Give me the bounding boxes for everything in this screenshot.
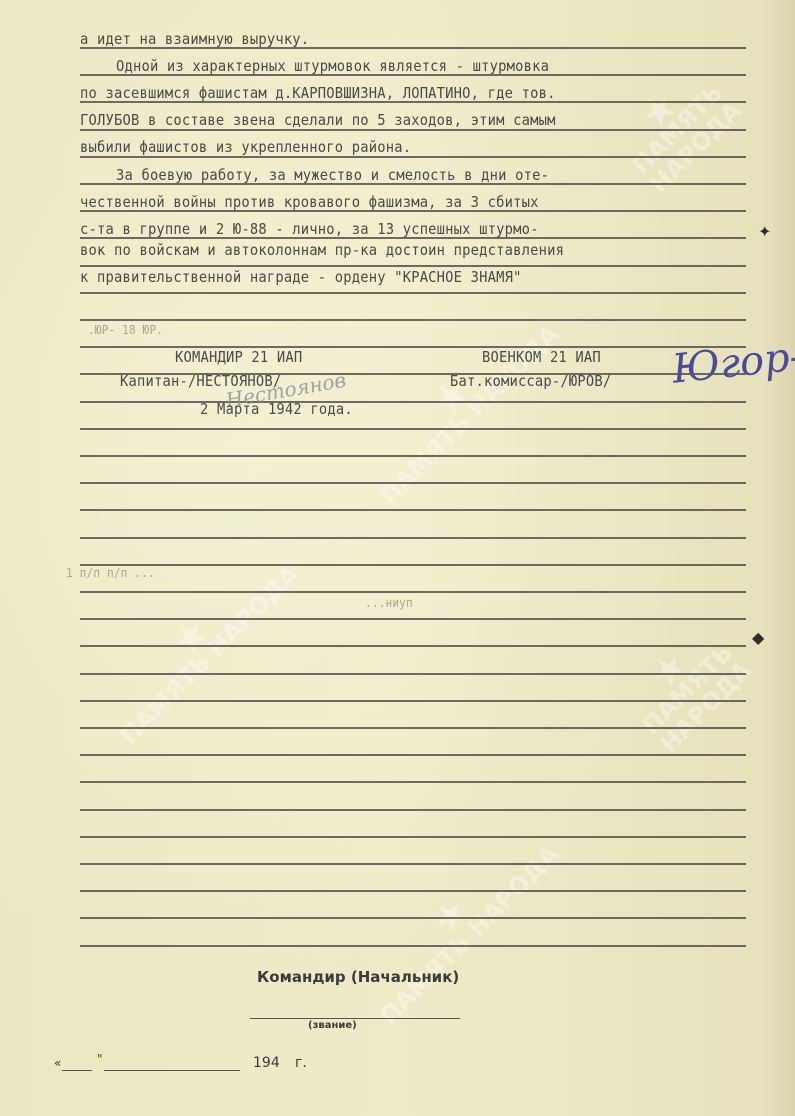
faded-mark: .ЮР- 18 ЮР. — [88, 323, 163, 337]
typed-line: а идет на взаимную выручку. — [80, 30, 309, 48]
ruled-line — [80, 727, 746, 729]
form-footer-title: Командир (Начальник) — [257, 968, 459, 986]
month-line — [104, 1070, 240, 1071]
ruled-line — [80, 645, 746, 647]
commissar-title: ВОЕНКОМ 21 ИАП — [482, 348, 601, 366]
star-icon: ★ — [357, 303, 546, 492]
date-close-quote: " — [97, 1052, 103, 1066]
ruled-line — [80, 401, 746, 403]
year-prefix: 194 — [253, 1055, 280, 1071]
rank-caption: (звание) — [308, 1020, 357, 1031]
ruled-line — [80, 945, 746, 947]
commissar-rank-name: Бат.комиссар-/ЮРОВ/ — [450, 372, 611, 390]
commander-title: КОМАНДИР 21 ИАП — [175, 348, 302, 366]
ruled-line — [80, 781, 746, 783]
ruled-line — [80, 700, 746, 702]
ruled-line — [80, 890, 746, 892]
document-page: ★ПАМЯТЬ НАРОДА ★ПАМЯТЬ НАРОДА ★ПАМЯТЬ НА… — [0, 0, 795, 1116]
signature-date: 2 Марта 1942 года. — [200, 400, 353, 418]
ruled-line — [80, 319, 746, 321]
ruled-line — [80, 455, 746, 457]
margin-mark: ◆ — [752, 628, 764, 647]
rank-line — [250, 1018, 460, 1019]
faded-mark: ...ниуп — [365, 596, 413, 610]
date-open-quote: « — [54, 1056, 61, 1070]
day-line — [62, 1070, 92, 1071]
typed-line: вок по войскам и автоколоннам пр-ка дост… — [80, 241, 564, 259]
ruled-line — [80, 292, 746, 294]
ruled-line — [80, 836, 746, 838]
watermark: ★ПАМЯТЬ НАРОДА — [584, 585, 791, 792]
watermark: ★ПАМЯТЬ НАРОДА — [357, 303, 564, 510]
typed-line: выбили фашистов из укрепленного района. — [80, 138, 411, 156]
typed-line: с-та в группе и 2 Ю-88 - лично, за 13 ус… — [80, 220, 539, 238]
ruled-line — [80, 917, 746, 919]
ruled-line — [80, 863, 746, 865]
ruled-line — [80, 591, 746, 593]
ruled-line — [80, 809, 746, 811]
typed-line: ГОЛУБОВ в составе звена сделали по 5 зах… — [80, 111, 556, 129]
year-suffix: г. — [295, 1055, 307, 1071]
ruled-line — [80, 428, 746, 430]
ruled-line — [80, 537, 746, 539]
ruled-line — [80, 564, 746, 566]
typed-line: к правительственной награде - ордену "КР… — [80, 268, 522, 286]
ruled-line — [80, 156, 746, 158]
typed-line: Одной из характерных штурмовок является … — [82, 57, 549, 75]
commissar-signature: Югор- — [670, 333, 795, 392]
ruled-line — [80, 618, 746, 620]
watermark: ★ПАМЯТЬ НАРОДА — [357, 823, 564, 1030]
ruled-line — [80, 673, 746, 675]
ruled-line — [80, 129, 746, 131]
faded-mark: 1 п/п п/п ... — [66, 566, 155, 580]
ruled-line — [80, 265, 746, 267]
star-icon: ★ — [584, 585, 754, 755]
ruled-line — [80, 754, 746, 756]
ruled-line — [80, 482, 746, 484]
typed-line: по засевшимся фашистам д.КАРПОВШИЗНА, ЛО… — [80, 84, 556, 102]
ruled-line — [80, 509, 746, 511]
typed-line: За боевую работу, за мужество и смелость… — [82, 166, 549, 184]
typed-line: чественной войны против кровавого фашизм… — [80, 193, 539, 211]
margin-mark: ✦ — [758, 222, 771, 241]
